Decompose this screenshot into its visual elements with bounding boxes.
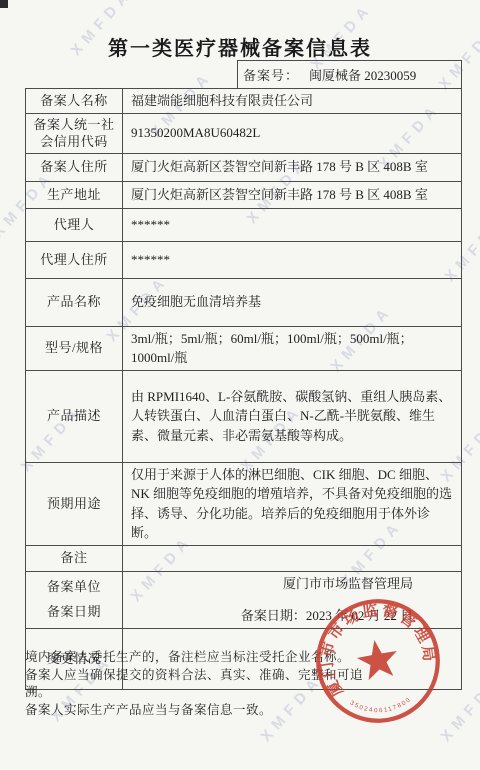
table-row: 备案人名称 福建端能细胞科技有限责任公司: [26, 89, 462, 114]
row-label: 代理人住所: [26, 241, 123, 278]
seal-graphic: 厦门市市场监督管理局 3502406117800: [304, 587, 452, 735]
row-value: 福建端能细胞科技有限责任公司: [123, 89, 462, 114]
row-value: ******: [123, 208, 462, 241]
row-value: 厦门火炬高新区荟智空间新丰路 178 号 B 区 408B 室: [123, 153, 462, 181]
row-label: 备案单位 备案日期: [26, 571, 123, 628]
row-label: 备注: [26, 545, 123, 571]
table-row: 备案人住所 厦门火炬高新区荟智空间新丰路 178 号 B 区 408B 室: [26, 153, 462, 181]
row-value: [123, 545, 462, 571]
page-title: 第一类医疗器械备案信息表: [0, 32, 480, 61]
scanned-registration-form: { "document": { "title": "第一类医疗器械备案信息表",…: [0, 0, 480, 770]
table-row: 代理人 ******: [26, 208, 462, 241]
filing-date-label: 备案日期: [30, 600, 118, 625]
seal-star-icon: [354, 636, 401, 681]
row-value: 3ml/瓶；5ml/瓶；60ml/瓶；100ml/瓶；500ml/瓶；1000m…: [123, 326, 462, 370]
row-value: 由 RPMI1640、L-谷氨酰胺、碳酸氢钠、重组人胰岛素、人转铁蛋白、人血清白…: [123, 370, 462, 462]
row-value: 仅用于来源于人体的淋巴细胞、CIK 细胞、DC 细胞、NK 细胞等免疫细胞的增殖…: [123, 462, 462, 545]
record-number-value: 闽厦械备 20230059: [309, 65, 416, 84]
row-label: 预期用途: [26, 462, 123, 545]
official-seal: 厦门市市场监督管理局 3502406117800: [304, 587, 452, 735]
row-value: 91350200MA8U60482L: [123, 113, 462, 153]
row-label: 备案人住所: [26, 153, 123, 181]
row-value: 厦门火炬高新区荟智空间新丰路 178 号 B 区 408B 室: [123, 181, 462, 208]
record-number-label: 备案号：: [243, 65, 299, 84]
scan-corner-artifact: [0, 0, 8, 8]
row-value: 免疫细胞无血清培养基: [123, 278, 462, 326]
table-row: 预期用途 仅用于来源于人体的淋巴细胞、CIK 细胞、DC 细胞、NK 细胞等免疫…: [26, 462, 462, 545]
table-row: 备案人统一社会信用代码 91350200MA8U60482L: [26, 113, 462, 153]
table-row: 代理人住所 ******: [26, 241, 462, 278]
table-row: 备注: [26, 545, 462, 571]
row-label: 备案人统一社会信用代码: [26, 113, 123, 153]
row-label: 产品描述: [26, 370, 123, 462]
row-label: 生产地址: [26, 181, 123, 208]
table-row: 产品描述 由 RPMI1640、L-谷氨酰胺、碳酸氢钠、重组人胰岛素、人转铁蛋白…: [26, 370, 462, 462]
row-label: 代理人: [26, 208, 123, 241]
row-label: 备案人名称: [26, 89, 123, 114]
row-value: ******: [123, 241, 462, 278]
filing-unit-label: 备案单位: [30, 575, 118, 600]
table-row: 产品名称 免疫细胞无血清培养基: [26, 278, 462, 326]
record-number-box: 备案号： 闽厦械备 20230059: [237, 60, 462, 89]
table-row: 型号/规格 3ml/瓶；5ml/瓶；60ml/瓶；100ml/瓶；500ml/瓶…: [26, 326, 462, 370]
row-label: 产品名称: [26, 278, 123, 326]
table-row: 生产地址 厦门火炬高新区荟智空间新丰路 178 号 B 区 408B 室: [26, 181, 462, 208]
row-label: 型号/规格: [26, 326, 123, 370]
